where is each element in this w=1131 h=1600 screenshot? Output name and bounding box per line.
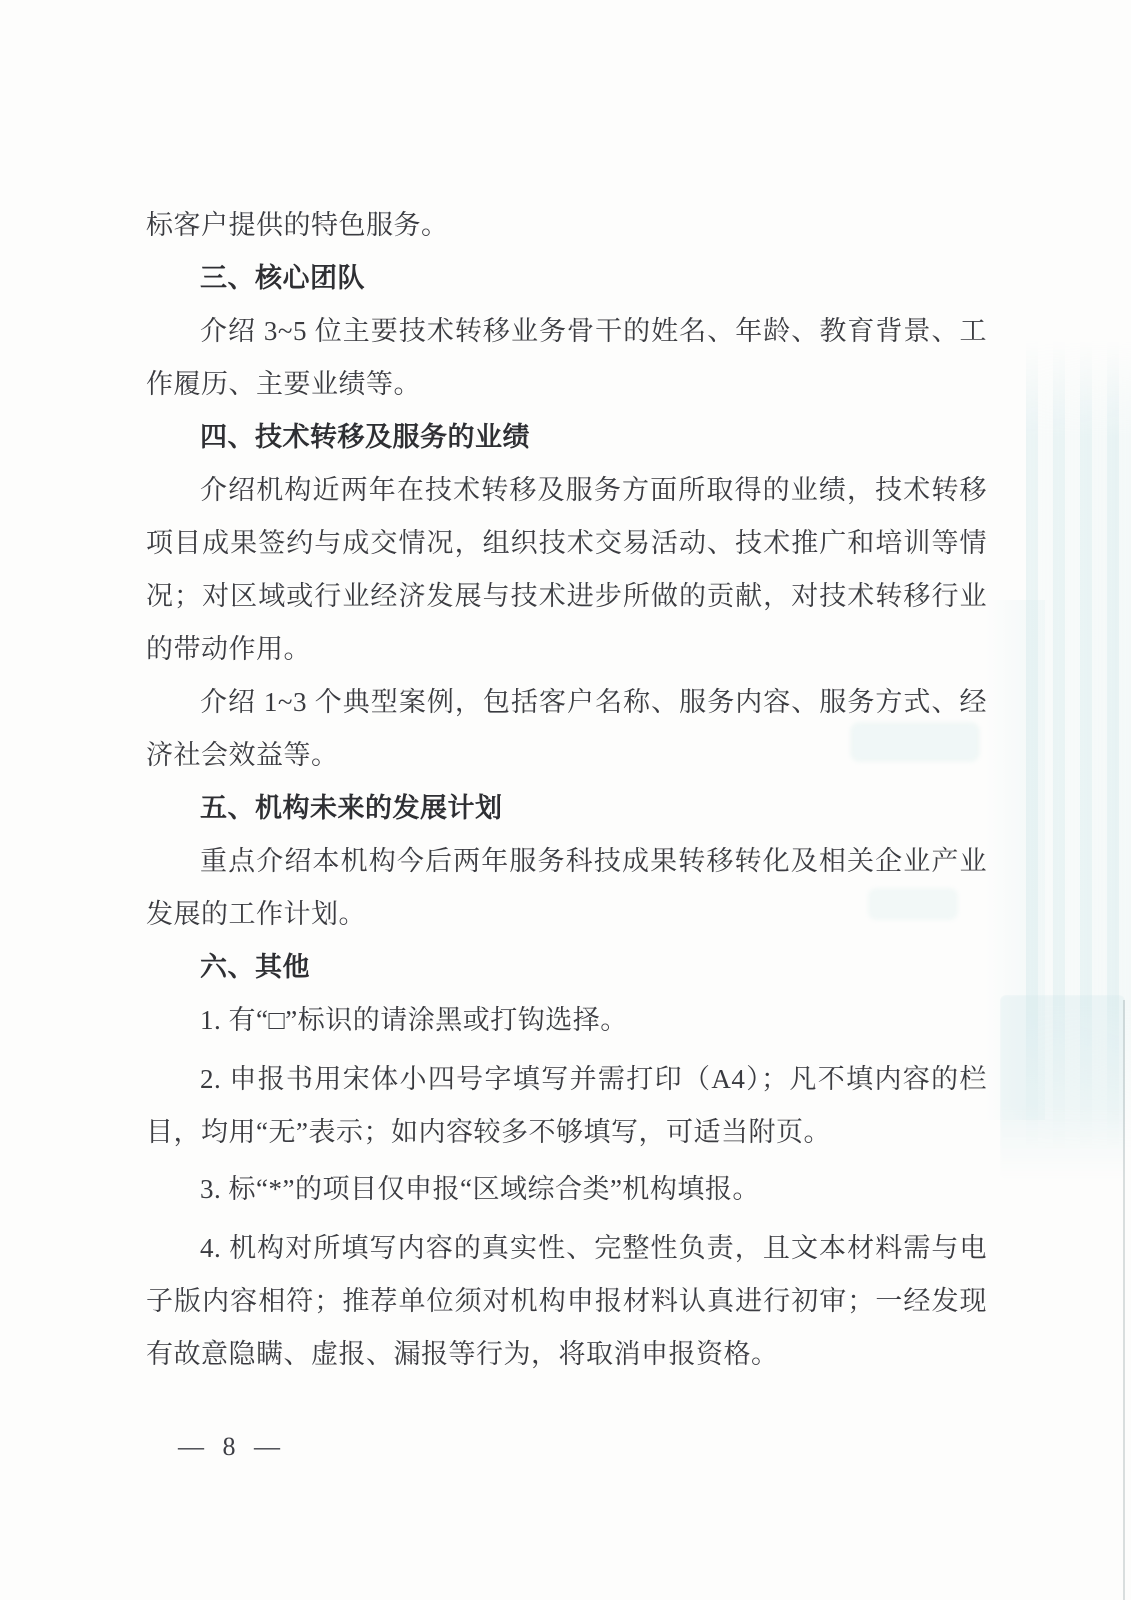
section-heading-6: 六、其他 (146, 941, 987, 994)
page-content: 标客户提供的特色服务。 三、核心团队 介绍 3~5 位主要技术转移业务骨干的姓名… (146, 199, 987, 1381)
section-heading-5: 五、机构未来的发展计划 (146, 782, 987, 835)
paragraph: 介绍 1~3 个典型案例，包括客户名称、服务内容、服务方式、经济社会效益等。 (146, 676, 987, 782)
section-heading-4: 四、技术转移及服务的业绩 (146, 411, 987, 464)
paragraph: 介绍 3~5 位主要技术转移业务骨干的姓名、年龄、教育背景、工作履历、主要业绩等… (146, 305, 987, 411)
numbered-item-4: 4. 机构对所填写内容的真实性、完整性负责，且文本材料需与电子版内容相符；推荐单… (146, 1222, 987, 1381)
page-edge-shadow (1123, 1000, 1125, 1600)
numbered-item-3: 3. 标“*”的项目仅申报“区域综合类”机构填报。 (146, 1163, 987, 1216)
page-number: — 8 — (178, 1432, 286, 1462)
document-page: 标客户提供的特色服务。 三、核心团队 介绍 3~5 位主要技术转移业务骨干的姓名… (0, 0, 1131, 1600)
numbered-item-2: 2. 申报书用宋体小四号字填写并需打印（A4）；凡不填内容的栏目，均用“无”表示… (146, 1053, 987, 1159)
numbered-item-1: 1. 有“□”标识的请涂黑或打钩选择。 (146, 994, 987, 1047)
paragraph: 重点介绍本机构今后两年服务科技成果转移转化及相关企业产业发展的工作计划。 (146, 835, 987, 941)
scan-smudge-artifact (1000, 995, 1125, 1180)
paragraph-continued: 标客户提供的特色服务。 (146, 199, 987, 252)
section-heading-3: 三、核心团队 (146, 252, 987, 305)
paragraph: 介绍机构近两年在技术转移及服务方面所取得的业绩，技术转移项目成果签约与成交情况，… (146, 464, 987, 676)
